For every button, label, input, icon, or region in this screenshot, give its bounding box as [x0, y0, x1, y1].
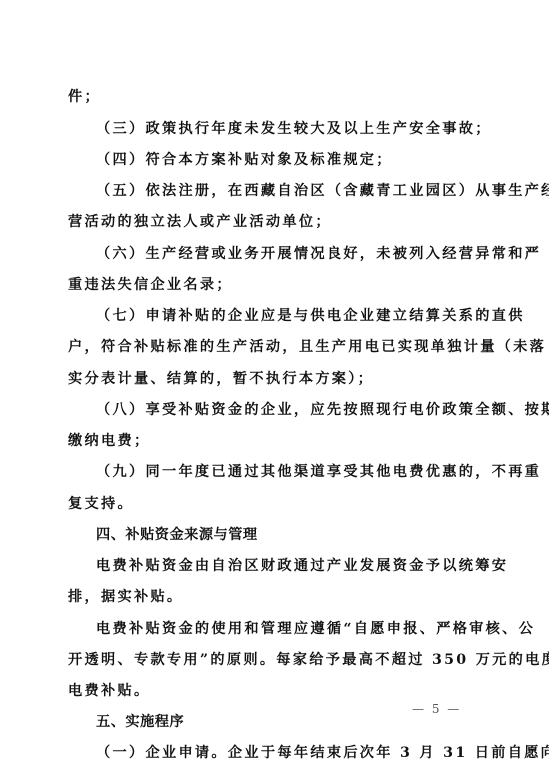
text-line: 实分表计量、结算的，暂不执行本方案）； — [68, 368, 482, 390]
paragraph-line: 电费补贴资金由自治区财政通过产业发展资金予以统筹安 — [96, 555, 482, 577]
list-item-7: （七）申请补贴的企业应是与供电企业建立结算关系的直供 — [96, 305, 482, 327]
text-line: 重违法失信企业名录； — [68, 274, 482, 296]
text-line: 营活动的独立法人或产业活动单位； — [68, 211, 482, 233]
text-line: 复支持。 — [68, 493, 482, 515]
paragraph-line: （一）企业申请。企业于每年结束后次年 3 月 31 日前自愿向 — [96, 742, 482, 764]
text-line: 户，符合补贴标准的生产活动，且生产用电已实现单独计量（未落 — [68, 336, 482, 358]
text-line: 电费补贴。 — [68, 680, 482, 702]
text-line: 排，据实补贴。 — [68, 586, 482, 608]
list-item-9: （九）同一年度已通过其他渠道享受其他电费优惠的，不再重 — [96, 461, 482, 483]
list-item-6: （六）生产经营或业务开展情况良好，未被列入经营异常和严 — [96, 243, 482, 265]
page-number: — 5 — — [412, 702, 461, 716]
text-line: 件； — [68, 86, 482, 108]
list-item-3: （三）政策执行年度未发生较大及以上生产安全事故； — [96, 118, 482, 140]
section-heading-4: 四、补贴资金来源与管理 — [96, 524, 482, 546]
list-item-5: （五）依法注册，在西藏自治区（含藏青工业园区）从事生产经 — [96, 180, 482, 202]
text-line: 开透明、专款专用”的原则。每家给予最高不超过 350 万元的电度 — [68, 649, 482, 671]
text-line: 缴纳电费； — [68, 430, 482, 452]
list-item-8: （八）享受补贴资金的企业，应先按照现行电价政策全额、按期 — [96, 399, 482, 421]
list-item-4: （四）符合本方案补贴对象及标准规定； — [96, 149, 482, 171]
paragraph-line: 电费补贴资金的使用和管理应遵循“自愿申报、严格审核、公 — [96, 618, 482, 640]
document-page: 件； （三）政策执行年度未发生较大及以上生产安全事故； （四）符合本方案补贴对象… — [0, 0, 549, 780]
